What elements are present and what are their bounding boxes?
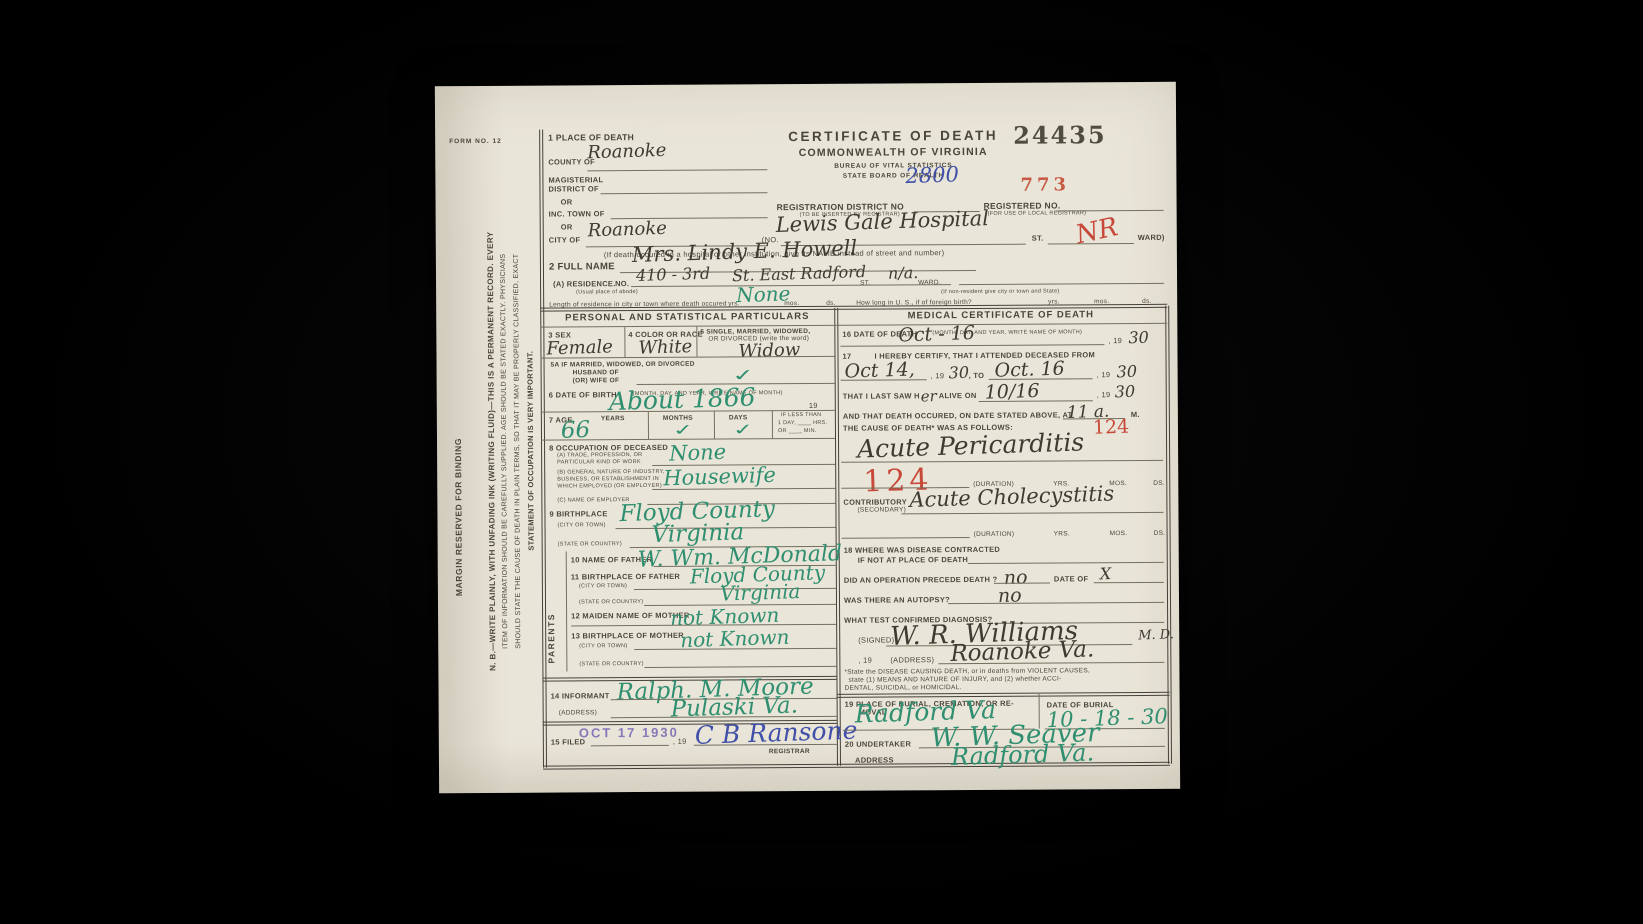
ifless-label-2: 1 DAY, ____ HRS. <box>778 420 828 426</box>
howlong-label: How long in U. S., if of foreign birth? <box>856 299 972 307</box>
date-of-death-value: Oct - 16 <box>898 322 975 346</box>
length-residence-label: Length of residence in city or town wher… <box>549 300 727 308</box>
informant-address-label: (ADDRESS) <box>559 709 597 716</box>
commonwealth-subtitle: COMMONWEALTH OF VIRGINIA <box>771 146 1015 159</box>
binding-margin-note: MARGIN RESERVED FOR BINDING <box>453 376 464 596</box>
rule-line <box>1094 582 1164 583</box>
rule-line <box>968 562 1164 564</box>
father-birthplace-city-label: (CITY OR TOWN) <box>579 583 627 589</box>
rule-line <box>842 537 970 539</box>
lastsaw-year-value: 30 <box>1114 382 1135 402</box>
footnote-line-2: state (1) MEANS AND NATURE OF INJURY, an… <box>848 675 1061 683</box>
city-value: Roanoke <box>587 218 667 242</box>
father-birthplace-state-label: (STATE OR COUNTRY) <box>579 599 643 605</box>
contributory-value: Acute Cholecystitis <box>909 481 1115 512</box>
filed-19-label: , 19 <box>673 737 687 746</box>
mother-birthplace-label: 13 BIRTHPLACE OF MOTHER <box>571 631 684 641</box>
autopsy-label: WAS THERE AN AUTOPSY? <box>844 595 950 605</box>
mos2-label: mos. <box>1094 298 1109 305</box>
years-label: YEARS <box>601 415 625 422</box>
dob-year-prefix: 19 <box>809 401 818 410</box>
cell-divider <box>624 327 625 357</box>
certificate-serial-number: 24435 <box>1013 120 1107 150</box>
nb-note: N. B.—WRITE PLAINLY, WITH UNFADING INK (… <box>483 136 541 766</box>
nr-annotation: NR <box>1073 212 1121 250</box>
ifless-label-1: IF LESS THAN <box>781 412 822 418</box>
sex-value: Female <box>546 336 613 359</box>
cell-divider <box>772 410 773 438</box>
rule-line <box>591 745 669 746</box>
s5a-label: 5A IF MARRIED, WIDOWED, OR DIVORCED <box>551 361 695 369</box>
md-suffix: M. D. <box>1138 627 1174 643</box>
father-birthplace-state-value: Virginia <box>720 579 801 606</box>
photo-background: FORM NO. 12 MARGIN RESERVED FOR BINDING … <box>0 0 1643 924</box>
cause-code-annotation: 124 <box>1093 416 1130 439</box>
cell-divider <box>648 411 649 439</box>
nonresident-note: (If non-resident give city or town and S… <box>941 288 1059 295</box>
ifless-label-3: OR ____ MIN. <box>778 428 817 434</box>
operation-date-value: X <box>1100 564 1112 583</box>
city-of-label: CITY OF <box>549 235 581 244</box>
rule-line <box>994 583 1050 584</box>
husband-label: HUSBAND OF <box>573 369 619 376</box>
death-occurred-label: AND THAT DEATH OCCURED, ON DATE STATED A… <box>843 410 1073 420</box>
alive-on-label: ALIVE ON <box>939 391 977 400</box>
residence-no-value: 410 - 3rd <box>636 264 711 285</box>
certificate-title: CERTIFICATE OF DEATH <box>771 128 1015 144</box>
certify-number: 17 <box>842 352 851 361</box>
date-of-label: DATE OF <box>1054 574 1089 583</box>
duration2-ds-label: DS. <box>1154 530 1166 537</box>
informant-label: 14 INFORMANT <box>551 691 610 700</box>
from-year-value: 30 <box>948 363 969 383</box>
yrs2-label: yrs. <box>1048 298 1060 305</box>
occupation-b-value: Housewife <box>663 463 776 491</box>
last-saw-label: THAT I LAST SAW H <box>843 391 920 400</box>
birthplace-state-label: (STATE OR COUNTRY) <box>558 541 622 547</box>
m-label: M. <box>1131 410 1140 419</box>
marital-value: Widow <box>738 339 800 362</box>
county-value: Roanoke <box>587 140 667 164</box>
parents-bracket-line <box>566 551 568 671</box>
nb-line-4: STATEMENT OF OCCUPATION IS VERY IMPORTAN… <box>522 136 539 766</box>
physician-address-label: (ADDRESS) <box>890 655 934 664</box>
occupation-b1: (B) GENERAL NATURE OF INDUSTRY, <box>557 469 665 476</box>
st-label: ST. <box>1032 234 1044 243</box>
ds2-label: ds. <box>1142 298 1152 305</box>
ds-label: ds. <box>826 300 836 307</box>
occupation-a1: (A) TRADE, PROFESSION, OR <box>557 452 642 459</box>
months-checkmark: ✓ <box>671 420 696 439</box>
to-year-value: 30 <box>1116 362 1137 382</box>
district-number-handwritten: 2800 <box>905 162 959 188</box>
or-label-1: OR <box>561 197 573 206</box>
board-subtitle: STATE BOARD OF HEALTH <box>771 172 1015 180</box>
rule-line <box>840 344 1104 347</box>
rule-line <box>631 284 951 287</box>
rule-line <box>601 192 768 194</box>
rule-line <box>644 666 836 668</box>
rule-line <box>948 602 1164 604</box>
footnote-line-3: DENTAL, SUICIDAL, or HOMICIDAL. <box>845 684 962 692</box>
registered-number-stamp: 773 <box>1020 174 1070 195</box>
death-certificate-paper: FORM NO. 12 MARGIN RESERVED FOR BINDING … <box>435 82 1180 794</box>
mos-label: mos. <box>784 300 799 307</box>
registrar-label: REGISTRAR <box>769 748 810 755</box>
rule-line <box>959 283 1164 285</box>
cell-divider <box>696 327 697 357</box>
residence-label: (A) RESIDENCE. <box>553 279 616 288</box>
occupation-a2: PARTICULAR KIND OF WORK <box>557 459 641 466</box>
magisterial-label: MAGISTERIAL <box>548 175 603 184</box>
mother-birthplace-state-label: (STATE OR COUNTRY) <box>579 661 643 667</box>
rule-line <box>901 512 1163 515</box>
rule-line <box>938 662 1164 664</box>
abode-note: (Usual place of abode) <box>576 289 638 295</box>
residence-no-label: NO. <box>615 279 629 288</box>
ward-label: WARD) <box>1138 233 1165 242</box>
duration2-yrs-label: YRS. <box>1054 530 1070 537</box>
cause-of-death-value: Acute Pericarditis <box>857 427 1085 463</box>
occupation-b2: BUSINESS, OR ESTABLISHMENT IN <box>557 476 659 483</box>
occupation-b3: WHICH EMPLOYED (OR EMPLOYER) <box>557 483 662 490</box>
mother-birthplace-city-label: (CITY OR TOWN) <box>579 643 627 649</box>
duration2-mos-label: MOS. <box>1110 530 1128 537</box>
rule-line <box>652 488 835 490</box>
dod-19-label: , 19 <box>1108 336 1122 345</box>
occupation-a-value: None <box>669 440 727 466</box>
father-birthplace-label: 11 BIRTHPLACE OF FATHER <box>571 572 680 582</box>
occupation-label: 8 OCCUPATION OF DECEASED <box>549 443 668 453</box>
wife-label: (OR) WIFE OF <box>573 377 620 384</box>
dod-year-value: 30 <box>1128 328 1149 348</box>
race-value: White <box>638 336 692 359</box>
to-19-label: , 19 <box>1097 370 1111 379</box>
inc-town-label: INC. TOWN OF <box>549 209 605 218</box>
cell-divider <box>714 411 715 439</box>
signed-label: (SIGNED) <box>858 635 894 644</box>
rule-line <box>587 169 767 171</box>
undertaker-address-value: Radford Va. <box>951 738 1095 771</box>
registered-no-label: REGISTERED NO. <box>984 200 1061 210</box>
to-label: , TO <box>969 371 985 380</box>
district-of-label: DISTRICT OF <box>548 184 598 193</box>
last-saw-her: er <box>920 387 937 406</box>
undertaker-label: 20 UNDERTAKER <box>845 739 911 748</box>
rule-line <box>540 323 1167 328</box>
where-contracted-label-1: 18 WHERE WAS DISEASE CONTRACTED <box>844 545 1000 555</box>
medical-section-title: MEDICAL CERTIFICATE OF DEATH <box>834 309 1167 322</box>
from-19-label: , 19 <box>931 371 945 380</box>
duration2-label: (DURATION) <box>974 531 1015 538</box>
dob-label: 6 DATE OF BIRTH <box>549 390 617 399</box>
registered-no-sublabel: (FOR USE OF LOCAL REGISTRAR) <box>988 210 1087 217</box>
filed-date-stamp: OCT 17 1930 <box>579 725 679 741</box>
duration-ds-label: DS. <box>1153 480 1165 487</box>
birthplace-label: 9 BIRTHPLACE <box>549 509 607 518</box>
contributory-label: CONTRIBUTORY <box>843 497 907 506</box>
residence-ward-value: n/a. <box>888 263 919 283</box>
operation-label: DID AN OPERATION PRECEDE DEATH ? <box>844 575 998 585</box>
fullname-label: 2 FULL NAME <box>549 261 615 272</box>
undertaker-address-label: ADDRESS <box>855 755 894 764</box>
personal-section-title: PERSONAL AND STATISTICAL PARTICULARS <box>540 311 834 324</box>
where-contracted-label-2: IF NOT AT PLACE OF DEATH <box>858 555 968 565</box>
bureau-subtitle: BUREAU OF VITAL STATISTICS <box>771 162 1015 170</box>
lastsaw-19-label: , 19 <box>1097 390 1111 399</box>
or-label-2: OR <box>561 222 573 231</box>
section-divider <box>837 692 1170 698</box>
days-checkmark: ✓ <box>731 420 756 439</box>
length-residence-value: None <box>736 281 791 307</box>
birthplace-city-label: (CITY OR TOWN) <box>558 522 606 528</box>
sig-19-label: , 19 <box>858 656 872 665</box>
parents-group-label: PARENTS <box>546 556 557 664</box>
secondary-label: (SECONDARY) <box>857 506 906 513</box>
